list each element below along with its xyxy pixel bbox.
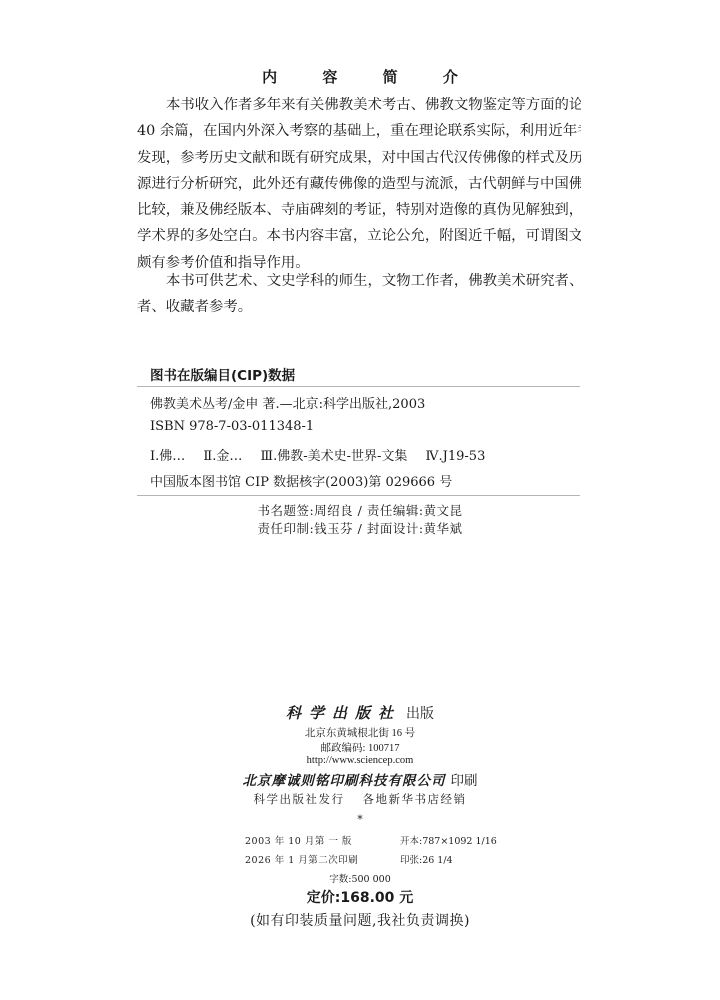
printing: 2026 年 1 月第二次印刷	[245, 852, 400, 866]
cip-class-item: Ⅰ.佛…	[150, 449, 185, 464]
cip-class-item: Ⅱ.金…	[203, 449, 242, 464]
publisher-line: 科学出版社 出版	[0, 702, 720, 723]
text-line: 源进行分析研究，此外还有藏传佛像的造型与流派，古代朝鲜与中国佛像的	[137, 171, 581, 197]
publisher-url: http://www.sciencep.com	[0, 755, 720, 766]
distributor: 科学出版社发行	[254, 792, 345, 806]
separator-star: *	[0, 813, 720, 826]
cip-bottom-divider	[137, 495, 580, 496]
publisher-postcode: 邮政编码: 100717	[0, 740, 720, 755]
text-line: 学术界的多处空白。本书内容丰富，立论公允，附图近千幅，可谓图文并茂，	[137, 223, 581, 249]
publisher-suffix: 出版	[406, 707, 434, 722]
printer-name: 北京摩诚则铭印刷科技有限公司	[242, 773, 445, 789]
text-line: 发现，参考历史文献和既有研究成果，对中国古代汉传佛像的样式及历史渊	[137, 145, 581, 171]
cip-isbn: ISBN 978-7-03-011348-1	[150, 419, 314, 434]
cip-class-item: Ⅳ.J19-53	[426, 449, 486, 464]
edition: 2003 年 10 月第 一 版	[245, 833, 400, 847]
publisher-address: 北京东黄城根北街 16 号	[0, 725, 720, 740]
summary-paragraph-2: 本书可供艺术、文史学科的师生，文物工作者，佛教美术研究者、爱好 者、收藏者参考。	[137, 268, 581, 321]
quality-notice: (如有印装质量问题,我社负责调换)	[0, 910, 720, 930]
cip-classification: Ⅰ.佛… Ⅱ.金… Ⅲ.佛教-美术史-世界-文集 Ⅳ.J19-53	[150, 445, 499, 464]
distribution-line: 科学出版社发行各地新华书店经销	[0, 791, 720, 807]
text-line: 本书可供艺术、文史学科的师生，文物工作者，佛教美术研究者、爱好	[137, 268, 581, 294]
credits-line-1: 书名题签:周绍良 / 责任编辑:黄文昆	[0, 501, 720, 519]
sheets: 印张:26 1/4	[400, 855, 453, 866]
spec-row-edition: 2003 年 10 月第 一 版开本:787×1092 1/16	[245, 833, 497, 847]
text-line: 本书收入作者多年来有关佛教美术考古、佛教文物鉴定等方面的论文	[137, 92, 581, 118]
printer-suffix: 印刷	[451, 773, 478, 789]
credits-line-2: 责任印制:钱玉芬 / 封面设计:黄华斌	[0, 519, 720, 537]
summary-paragraph-1: 本书收入作者多年来有关佛教美术考古、佛教文物鉴定等方面的论文 40 余篇，在国内…	[137, 92, 581, 276]
cip-heading: 图书在版编目(CIP)数据	[150, 364, 295, 384]
text-line: 比较，兼及佛经版本、寺庙碑刻的考证，特别对造像的真伪见解独到，可填补	[137, 197, 581, 223]
cip-title-line: 佛教美术丛考/金申 著.—北京:科学出版社,2003	[150, 393, 425, 412]
text-line: 者、收藏者参考。	[137, 294, 581, 320]
cip-top-divider	[137, 386, 580, 387]
seller: 各地新华书店经销	[363, 792, 467, 806]
publisher-name: 科学出版社	[286, 704, 401, 722]
printer-line: 北京摩诚则铭印刷科技有限公司 印刷	[0, 769, 720, 789]
summary-title: 内 容 简 介	[0, 66, 720, 87]
price: 定价:168.00 元	[0, 887, 720, 907]
spec-row-printing: 2026 年 1 月第二次印刷印张:26 1/4	[245, 852, 453, 866]
format: 开本:787×1092 1/16	[400, 836, 497, 847]
text-line: 40 余篇，在国内外深入考察的基础上，重在理论联系实际，利用近年考古新	[137, 118, 581, 144]
cip-record-number: 中国版本图书馆 CIP 数据核字(2003)第 029666 号	[150, 471, 452, 490]
cip-class-item: Ⅲ.佛教-美术史-世界-文集	[261, 449, 408, 464]
word-count: 字数:500 000	[0, 871, 720, 885]
